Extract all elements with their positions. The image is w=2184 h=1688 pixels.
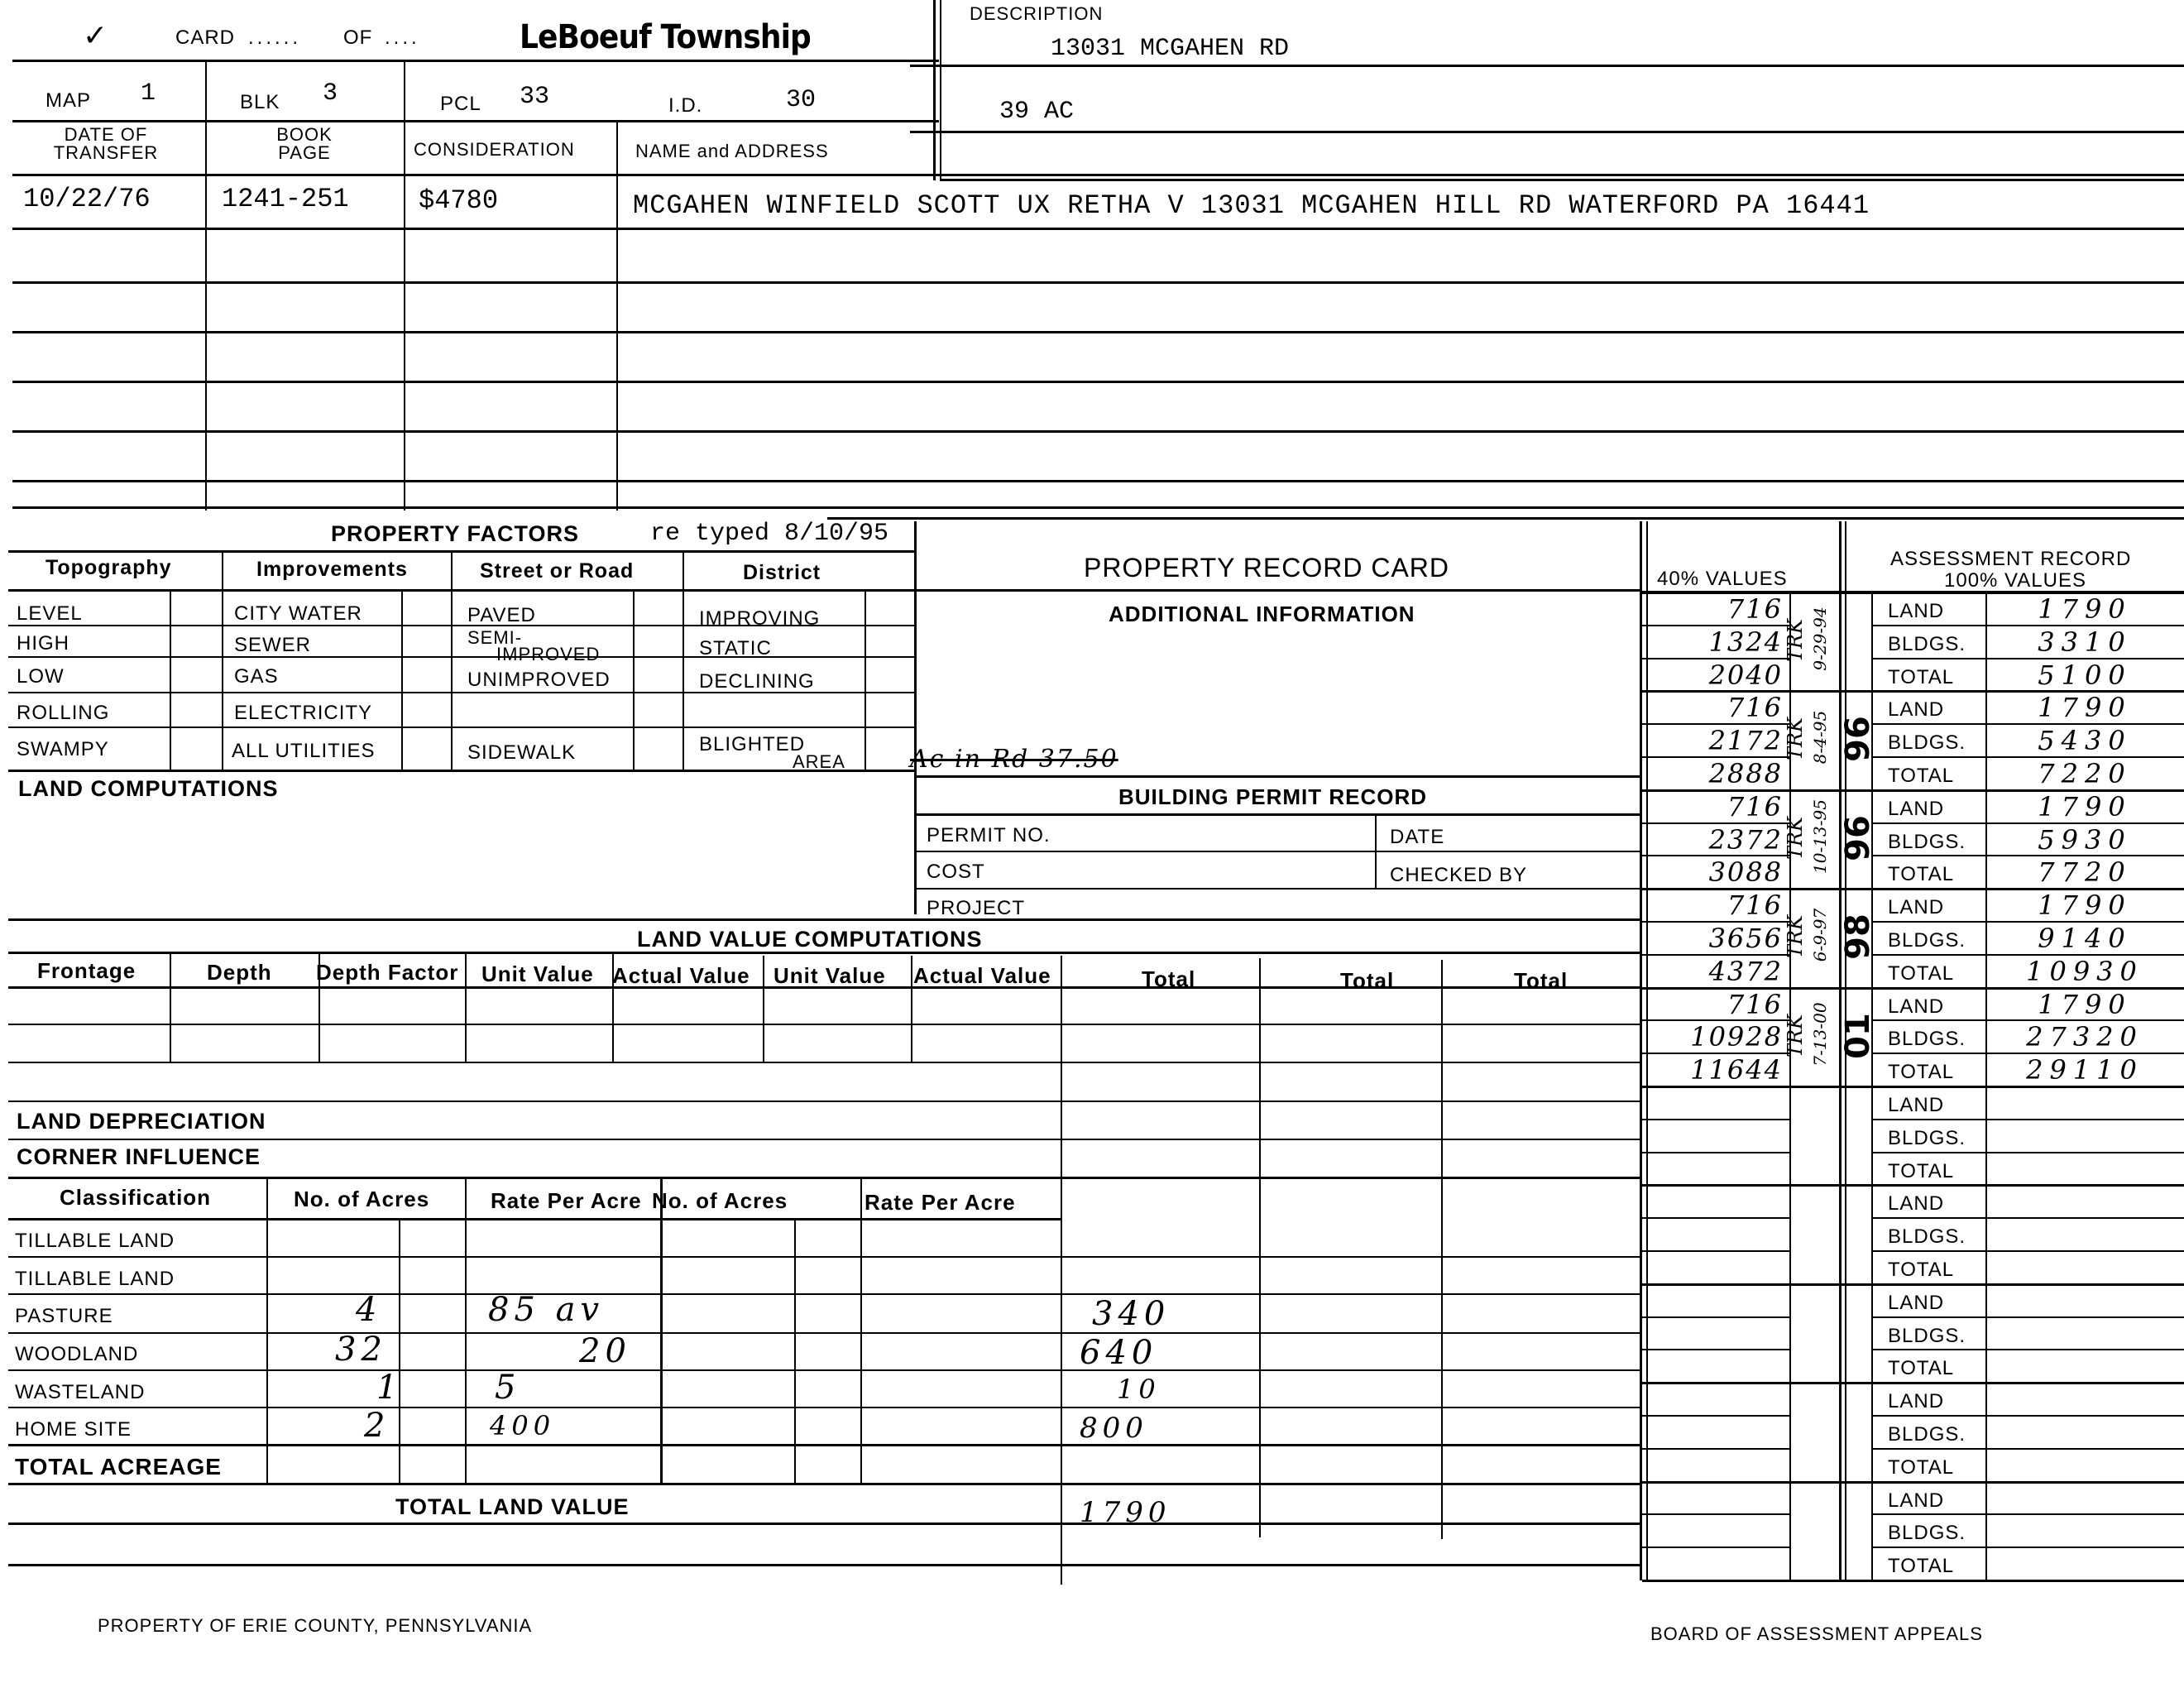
hundred-percent-value[interactable]: 7720 xyxy=(1994,856,2176,888)
topography-header: Topography xyxy=(45,556,172,580)
hundred-percent-value[interactable]: 1790 xyxy=(1994,692,2176,723)
pcl-value[interactable]: 33 xyxy=(520,83,549,111)
depth-header: Depth xyxy=(207,960,272,985)
assessment-row-label: LAND xyxy=(1888,896,1944,919)
description-label: DESCRIPTION xyxy=(970,3,1103,25)
assessment-date: 10-13-95 xyxy=(1810,791,1830,882)
total-land-value-label: TOTAL LAND VALUE xyxy=(395,1494,630,1520)
woodland-rate[interactable]: 20 xyxy=(579,1332,631,1370)
tax-year-stamp: 98 xyxy=(1839,912,1877,961)
district-declining[interactable]: DECLINING xyxy=(699,670,815,693)
total-header-2: Total xyxy=(1340,968,1394,994)
no-of-acres-header-2: No. of Acres xyxy=(652,1188,788,1214)
forty-percent-value[interactable]: 11644 xyxy=(1650,1054,1783,1086)
footer-property-of: PROPERTY OF ERIE COUNTY, PENNSYLVANIA xyxy=(98,1615,532,1637)
district-header: District xyxy=(743,561,821,585)
retyped-note: re typed 8/10/95 xyxy=(650,520,888,548)
land-depreciation-label: LAND DEPRECIATION xyxy=(17,1109,266,1134)
of-label: OF xyxy=(343,26,372,50)
woodland-total[interactable]: 640 xyxy=(1080,1334,1157,1372)
assessment-row-label: LAND xyxy=(1888,1094,1944,1117)
forty-percent-value[interactable]: 716 xyxy=(1650,989,1783,1020)
assessment-row-label: TOTAL xyxy=(1888,1061,1954,1084)
hundred-percent-value[interactable]: 1790 xyxy=(1994,989,2176,1020)
forty-percent-value[interactable]: 4372 xyxy=(1650,956,1783,987)
map-label: MAP xyxy=(45,89,91,113)
assessment-row-label: TOTAL xyxy=(1888,1357,1954,1380)
assessment-row-label: BLDGS. xyxy=(1888,1522,1966,1545)
forty-percent-value[interactable]: 2372 xyxy=(1650,824,1783,856)
tax-year-stamp: 96 xyxy=(1839,813,1877,863)
record-card-title: PROPERTY RECORD CARD xyxy=(1084,553,1449,583)
assessment-row-label: BLDGS. xyxy=(1888,1423,1966,1446)
township-title: LeBoeuf Township xyxy=(520,18,811,56)
card-number-field[interactable]: ...... xyxy=(248,26,301,50)
assessment-row-label: BLDGS. xyxy=(1888,929,1966,952)
depth-factor-header: Depth Factor xyxy=(316,960,458,985)
forty-percent-value[interactable]: 2040 xyxy=(1650,659,1783,691)
imp-city-water[interactable]: CITY WATER xyxy=(234,602,362,626)
class-tillable-2: TILLABLE LAND xyxy=(15,1268,175,1291)
street-unimproved[interactable]: UNIMPROVED xyxy=(467,669,611,692)
assessment-row-label: BLDGS. xyxy=(1888,1127,1966,1150)
book-page: 1241-251 xyxy=(222,184,349,214)
hundred-percent-value[interactable]: 5100 xyxy=(1994,659,2176,691)
struck-note: Ac in Rd 37.50 xyxy=(910,745,1118,774)
total-acreage-label: TOTAL ACREAGE xyxy=(15,1454,222,1480)
hundred-percent-value[interactable]: 3310 xyxy=(1994,626,2176,658)
forty-percent-label: 40% VALUES xyxy=(1657,568,1788,591)
assessment-row-label: LAND xyxy=(1888,1390,1944,1413)
assessor-initials: TRK xyxy=(1784,899,1807,974)
assessment-row-label: LAND xyxy=(1888,1292,1944,1315)
assessment-row-label: TOTAL xyxy=(1888,1160,1954,1183)
wasteland-rate[interactable]: 5 xyxy=(495,1369,520,1407)
card-label: CARD xyxy=(175,26,235,50)
class-pasture: PASTURE xyxy=(15,1305,113,1328)
card-of-field[interactable]: .... xyxy=(385,26,420,50)
additional-info-label: ADDITIONAL INFORMATION xyxy=(1109,602,1415,627)
description-line-2[interactable]: 39 AC xyxy=(999,98,1074,126)
actual-value-header-2: Actual Value xyxy=(913,963,1051,989)
imp-sewer[interactable]: SEWER xyxy=(234,634,311,657)
name-address-header: NAME and ADDRESS xyxy=(635,141,829,162)
pasture-acres[interactable]: 4 xyxy=(356,1291,381,1329)
hundred-percent-value[interactable]: 5930 xyxy=(1994,824,2176,856)
topo-high[interactable]: HIGH xyxy=(17,632,69,655)
consideration: $4780 xyxy=(419,185,498,216)
corner-influence-label: CORNER INFLUENCE xyxy=(17,1144,261,1170)
topo-level[interactable]: LEVEL xyxy=(17,602,83,626)
assessment-date: 9-29-94 xyxy=(1810,593,1830,684)
hundred-percent-value[interactable]: 27320 xyxy=(1994,1021,2176,1053)
class-woodland: WOODLAND xyxy=(15,1343,138,1366)
tax-year-stamp: 96 xyxy=(1839,714,1877,764)
assessment-row-label: LAND xyxy=(1888,1489,1944,1513)
assessor-initials: TRK xyxy=(1784,999,1807,1073)
class-home-site: HOME SITE xyxy=(15,1418,132,1441)
assessment-row-label: BLDGS. xyxy=(1888,633,1966,656)
topo-rolling[interactable]: ROLLING xyxy=(17,702,109,725)
topo-low[interactable]: LOW xyxy=(17,665,65,688)
assessment-row-label: LAND xyxy=(1888,995,1944,1019)
hundred-percent-value[interactable]: 29110 xyxy=(1994,1054,2176,1086)
permit-date-label: DATE xyxy=(1390,826,1444,849)
wasteland-total[interactable]: 10 xyxy=(1117,1374,1161,1405)
hundred-percent-label: 100% VALUES xyxy=(1944,569,2086,592)
district-improving[interactable]: IMPROVING xyxy=(699,607,820,631)
rate-per-acre-header-1: Rate Per Acre xyxy=(491,1188,642,1214)
home-site-acres[interactable]: 2 xyxy=(364,1407,390,1445)
assessment-record-label: ASSESSMENT RECORD xyxy=(1890,548,2131,571)
assessment-row-label: BLDGS. xyxy=(1888,731,1966,755)
assessment-date: 8-4-95 xyxy=(1810,692,1830,783)
hundred-percent-value[interactable]: 1790 xyxy=(1994,593,2176,625)
consideration-header: CONSIDERATION xyxy=(414,139,575,161)
forty-percent-value[interactable]: 3656 xyxy=(1650,923,1783,954)
no-of-acres-header-1: No. of Acres xyxy=(294,1187,429,1212)
id-value[interactable]: 30 xyxy=(786,86,816,114)
unit-value-header-2: Unit Value xyxy=(773,963,886,989)
assessment-row-label: BLDGS. xyxy=(1888,1325,1966,1348)
forty-percent-value[interactable]: 716 xyxy=(1650,593,1783,625)
forty-percent-value[interactable]: 716 xyxy=(1650,692,1783,723)
blk-label: BLK xyxy=(240,91,280,114)
assessment-row-label: TOTAL xyxy=(1888,962,1954,985)
assessment-row-label: BLDGS. xyxy=(1888,831,1966,854)
assessment-date: 6-9-97 xyxy=(1810,890,1830,981)
hundred-percent-value[interactable]: 5430 xyxy=(1994,725,2176,756)
hundred-percent-value[interactable]: 1790 xyxy=(1994,791,2176,822)
land-value-title: LAND VALUE COMPUTATIONS xyxy=(637,927,982,952)
check-mark-icon: ✓ xyxy=(83,18,108,53)
description-line-1[interactable]: 13031 MCGAHEN RD xyxy=(1051,35,1289,63)
hundred-percent-value[interactable]: 7220 xyxy=(1994,758,2176,789)
street-paved[interactable]: PAVED xyxy=(467,604,536,627)
imp-electricity[interactable]: ELECTRICITY xyxy=(234,702,372,725)
land-computations-label: LAND COMPUTATIONS xyxy=(18,776,278,802)
assessment-row-label: TOTAL xyxy=(1888,1555,1954,1578)
assessment-row-label: LAND xyxy=(1888,1192,1944,1216)
rate-per-acre-header-2: Rate Per Acre xyxy=(864,1190,1016,1216)
footer-board-appeals: BOARD OF ASSESSMENT APPEALS xyxy=(1650,1623,1983,1645)
blk-value[interactable]: 3 xyxy=(323,79,338,108)
tax-year-stamp: 01 xyxy=(1839,1011,1877,1061)
date-of-transfer-header: DATE OF TRANSFER xyxy=(15,126,197,162)
assessment-row-label: LAND xyxy=(1888,798,1944,821)
class-wasteland: WASTELAND xyxy=(15,1381,145,1404)
forty-percent-value[interactable]: 2172 xyxy=(1650,725,1783,756)
street-sidewalk[interactable]: SIDEWALK xyxy=(467,741,576,765)
assessment-row-label: TOTAL xyxy=(1888,1259,1954,1282)
assessment-row-label: TOTAL xyxy=(1888,765,1954,788)
frontage-header: Frontage xyxy=(37,958,136,984)
imp-gas[interactable]: GAS xyxy=(234,665,279,688)
hundred-percent-value[interactable]: 9140 xyxy=(1994,923,2176,954)
district-blighted[interactable]: BLIGHTED xyxy=(699,733,805,756)
forty-percent-value[interactable]: 3088 xyxy=(1650,856,1783,888)
pasture-rate[interactable]: 85 av xyxy=(488,1291,604,1329)
assessor-initials: TRK xyxy=(1784,801,1807,875)
actual-value-header-1: Actual Value xyxy=(612,963,750,989)
home-site-rate[interactable]: 400 xyxy=(490,1410,555,1441)
pcl-label: PCL xyxy=(440,93,481,116)
street-improved[interactable]: IMPROVED xyxy=(496,644,600,665)
assessment-row-label: LAND xyxy=(1888,600,1944,623)
map-value[interactable]: 1 xyxy=(141,79,156,108)
total-header-3: Total xyxy=(1514,968,1568,994)
permit-no-label: PERMIT NO. xyxy=(927,824,1051,847)
classification-header: Classification xyxy=(60,1185,211,1211)
class-tillable-1: TILLABLE LAND xyxy=(15,1230,175,1253)
forty-percent-value[interactable]: 10928 xyxy=(1650,1021,1783,1053)
assessment-row-label: TOTAL xyxy=(1888,1456,1954,1479)
unit-value-header-1: Unit Value xyxy=(481,961,594,987)
assessment-row-label: BLDGS. xyxy=(1888,1028,1966,1051)
street-road-header: Street or Road xyxy=(480,559,634,583)
cost-label: COST xyxy=(927,861,985,884)
assessment-row-label: BLDGS. xyxy=(1888,1225,1966,1249)
property-factors-title: PROPERTY FACTORS xyxy=(331,521,579,547)
owner-name-address: MCGAHEN WINFIELD SCOTT UX RETHA V 13031 … xyxy=(633,190,1870,221)
assessment-date: 7-13-00 xyxy=(1810,989,1830,1080)
assessment-row-label: TOTAL xyxy=(1888,863,1954,886)
forty-percent-value[interactable]: 716 xyxy=(1650,791,1783,822)
assessor-initials: TRK xyxy=(1784,603,1807,678)
checked-by-label: CHECKED BY xyxy=(1390,864,1527,887)
forty-percent-value[interactable]: 716 xyxy=(1650,890,1783,921)
assessment-row-label: LAND xyxy=(1888,698,1944,722)
id-label: I.D. xyxy=(668,94,702,117)
assessment-row-label: TOTAL xyxy=(1888,666,1954,689)
wasteland-acres[interactable]: 1 xyxy=(376,1369,402,1407)
book-page-header: BOOK PAGE xyxy=(213,126,395,162)
hundred-percent-value[interactable]: 1790 xyxy=(1994,890,2176,921)
hundred-percent-value[interactable]: 10930 xyxy=(1994,956,2176,987)
imp-all-utilities[interactable]: ALL UTILITIES xyxy=(232,740,376,763)
woodland-acres[interactable]: 32 xyxy=(335,1331,387,1369)
pasture-total[interactable]: 340 xyxy=(1092,1295,1170,1333)
project-label: PROJECT xyxy=(927,897,1025,920)
improvements-header: Improvements xyxy=(256,558,408,582)
assessor-initials: TRK xyxy=(1784,702,1807,776)
forty-percent-value[interactable]: 2888 xyxy=(1650,758,1783,789)
transfer-date: 10/22/76 xyxy=(23,184,151,214)
building-permit-title: BUILDING PERMIT RECORD xyxy=(1118,784,1427,810)
topo-swampy[interactable]: SWAMPY xyxy=(17,738,109,761)
home-site-total[interactable]: 800 xyxy=(1080,1412,1148,1445)
forty-percent-value[interactable]: 1324 xyxy=(1650,626,1783,658)
